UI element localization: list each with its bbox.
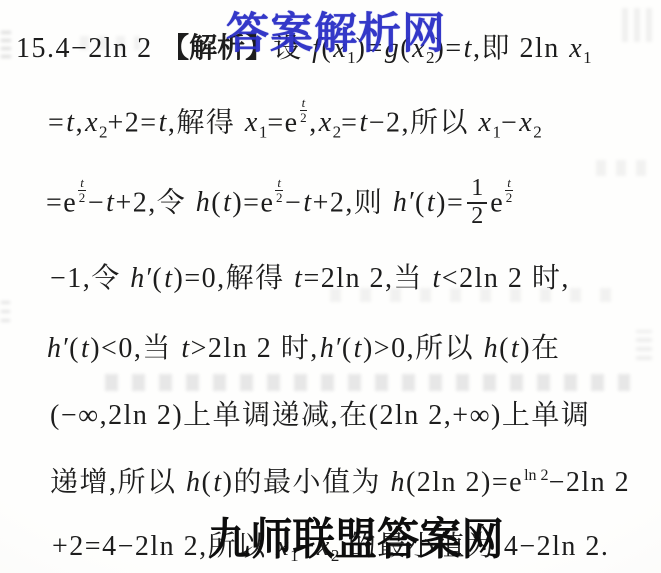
text-line: h′(t)<0,当 t>2ln 2 时,h′(t)>0,所以 h(t)在 (46, 326, 561, 366)
text-line: =et2−t+2,令 h(t)=et2−t+2,则 h′(t)=12et2 (46, 176, 515, 232)
watermark-answer-site: 答案解析网 (226, 0, 446, 61)
watermark-jiushi-site: 九师联盟答案网 (208, 503, 504, 567)
text-line: 递增,所以 h(t)的最小值为 h(2ln 2)=eln 2−2ln 2 (50, 460, 630, 500)
solution-lines: 15.4−2ln 2 【解析】设 f(x1)=g(x2)=t,即 2ln x1=… (0, 0, 661, 573)
text-line: =t,x2+2=t,解得 x1=et2,x2=t−2,所以 x1−x2 (48, 96, 542, 142)
text-line: −1,令 h′(t)=0,解得 t=2ln 2,当 t<2ln 2 时, (50, 256, 570, 296)
text-line: (−∞,2ln 2)上单调递减,在(2ln 2,+∞)上单调 (50, 393, 590, 433)
document-page: 15.4−2ln 2 【解析】设 f(x1)=g(x2)=t,即 2ln x1=… (0, 0, 661, 573)
